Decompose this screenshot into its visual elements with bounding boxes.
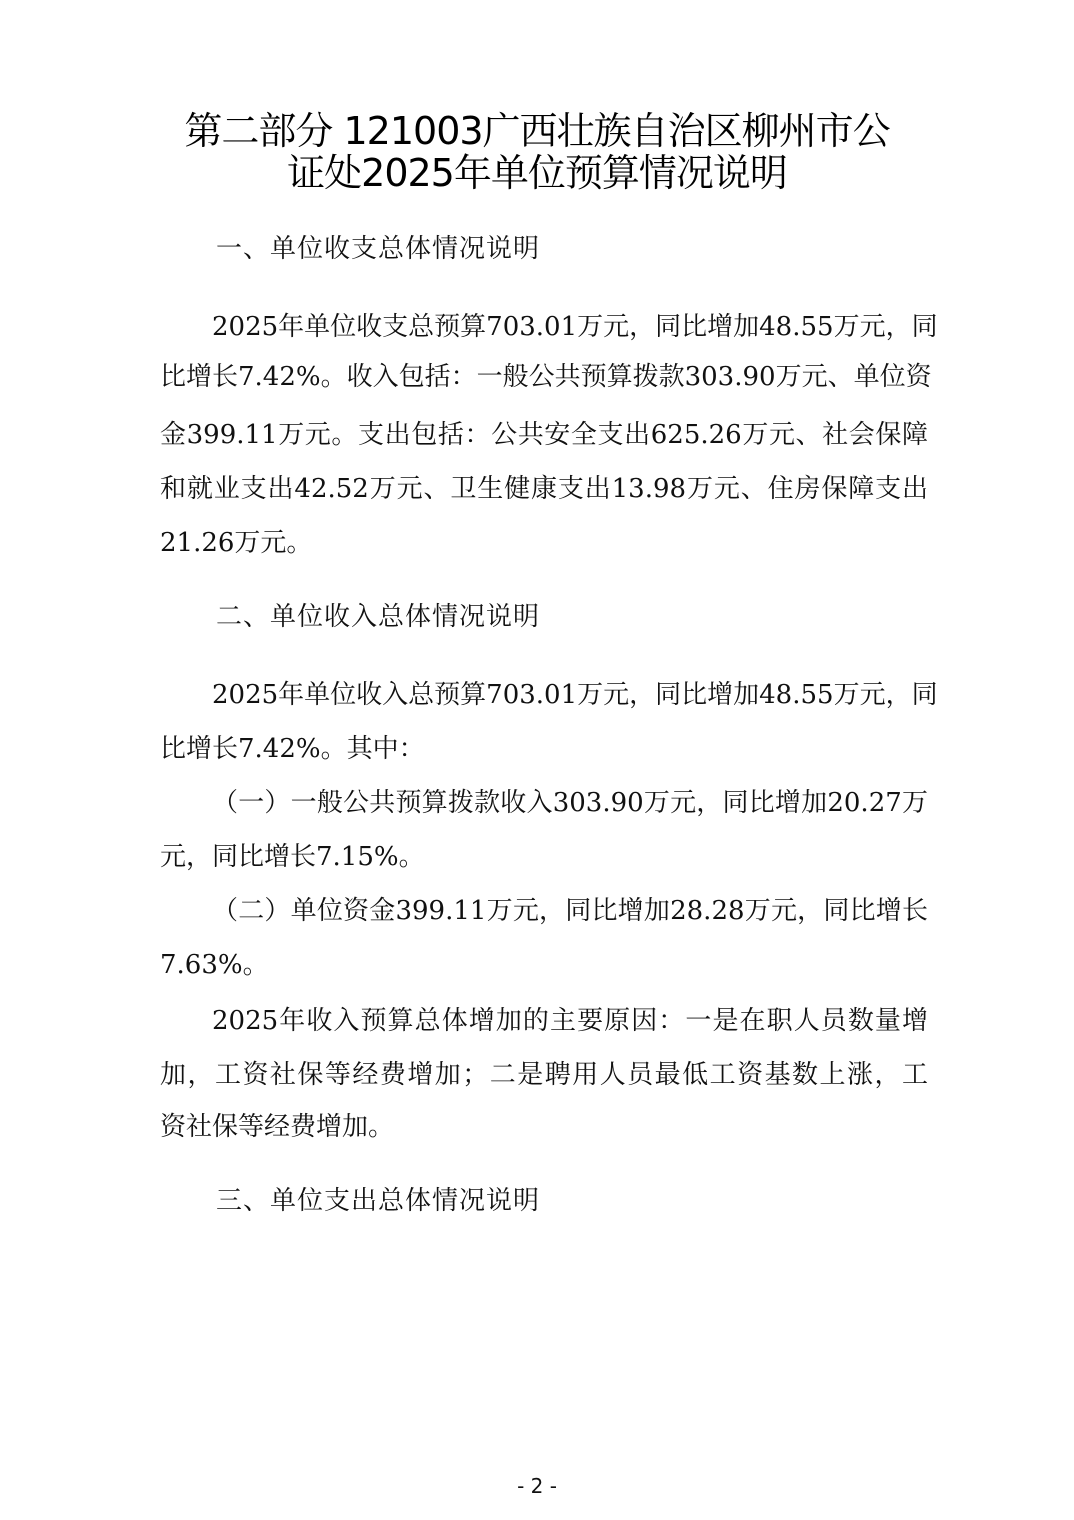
document-title-line-2: 证处2025年单位预算情况说明 [120, 148, 954, 198]
section-2-paragraph-line: 2025年单位收入总预算703.01万元，同比增加48.55万元，同 [212, 678, 928, 712]
section-2-paragraph-line: 比增长7.42%。其中： [160, 732, 425, 766]
section-1-heading: 一、单位收支总体情况说明 [216, 232, 540, 266]
section-3-heading: 三、单位支出总体情况说明 [216, 1184, 540, 1218]
section-2-paragraph-line: （二）单位资金399.11万元，同比增加28.28万元，同比增长 [212, 894, 928, 928]
section-2-paragraph-line: （一）一般公共预算拨款收入303.90万元，同比增加20.27万 [212, 786, 928, 820]
section-2-paragraph-line: 7.63%。 [160, 948, 269, 982]
page-number: - 2 - [0, 1472, 1074, 1500]
section-2-paragraph-line: 加，工资社保等经费增加；二是聘用人员最低工资基数上涨，工 [160, 1058, 928, 1092]
section-2-paragraph-line: 资社保等经费增加。 [160, 1110, 394, 1144]
section-1-paragraph-line: 2025年单位收支总预算703.01万元，同比增加48.55万元，同 [212, 310, 928, 344]
section-1-paragraph-line: 金399.11万元。支出包括：公共安全支出625.26万元、社会保障 [160, 418, 928, 452]
section-1-paragraph-line: 和就业支出42.52万元、卫生健康支出13.98万元、住房保障支出 [160, 472, 928, 506]
section-2-heading: 二、单位收入总体情况说明 [216, 600, 540, 634]
section-1-paragraph-line: 比增长7.42%。收入包括：一般公共预算拨款303.90万元、单位资 [160, 360, 928, 394]
section-2-paragraph-line: 2025年收入预算总体增加的主要原因：一是在职人员数量增 [212, 1004, 928, 1038]
section-2-paragraph-line: 元，同比增长7.15%。 [160, 840, 425, 874]
document-page: 第二部分 121003广西壮族自治区柳州市公 证处2025年单位预算情况说明 一… [0, 0, 1074, 1520]
section-1-paragraph-line: 21.26万元。 [160, 526, 312, 560]
